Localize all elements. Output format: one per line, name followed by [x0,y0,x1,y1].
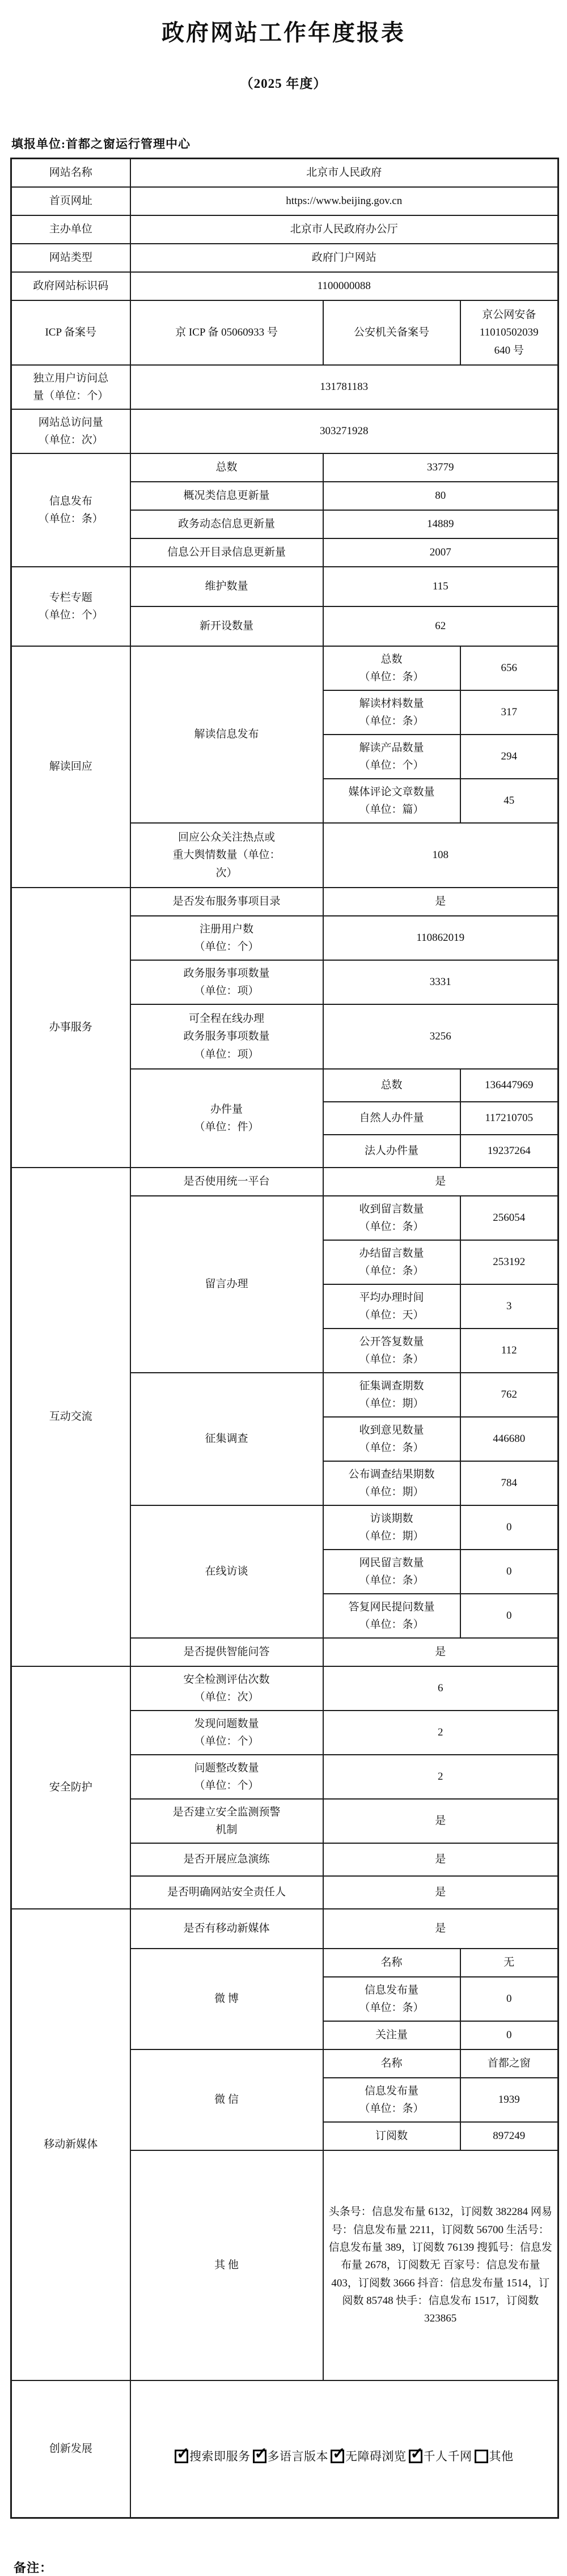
interviews-item-label: 答复网民提问数量 （单位：条） [323,1594,460,1638]
report-page: 政府网站工作年度报表 （2025 年度） 填报单位:首都之窗运行管理中心 网站名… [0,0,567,2576]
innovation-option-label: 多语言版本 [268,2447,329,2467]
table-row: 网站类型 政府门户网站 [11,244,558,272]
checkbox-multilingual-icon[interactable] [253,2450,266,2463]
security-item-label: 问题整改数量 （单位：个） [130,1755,323,1799]
interpretation-item-label: 总数 （单位：条） [323,646,460,690]
columns-topics-item-label: 维护数量 [130,567,323,606]
weibo-group-label: 微 博 [130,1949,323,2049]
hotspot-response-value: 108 [323,823,558,888]
columns-topics-section-label: 专栏专题 （单位：个） [11,567,130,646]
site-name-label: 网站名称 [11,159,130,188]
innovation-option: 搜索即服务 [175,2447,251,2467]
handled-item-label: 总数 [323,1069,460,1102]
messages-item-label: 收到留言数量 （单位：条） [323,1196,460,1240]
smart-qa-value: 是 [323,1638,558,1666]
table-row: 主办单位 北京市人民政府办公厅 [11,215,558,244]
other-media-label: 其 他 [130,2150,323,2380]
surveys-item-value: 762 [460,1373,558,1417]
security-item-label: 是否建立安全监测预警 机制 [130,1799,323,1843]
service-catalog-label: 是否发布服务事项目录 [130,888,323,916]
weibo-item-label: 信息发布量 （单位：条） [323,1977,460,2021]
messages-item-label: 公开答复数量 （单位：条） [323,1329,460,1373]
new-media-section-label: 移动新媒体 [11,1909,130,2380]
site-name-value: 北京市人民政府 [130,159,558,188]
table-row: ICP 备案号 京 ICP 备 05060933 号 公安机关备案号 京公网安备… [11,300,558,365]
security-item-label: 是否明确网站安全责任人 [130,1876,323,1909]
info-release-section-label: 信息发布 （单位：条） [11,453,130,567]
organizer-label: 主办单位 [11,215,130,244]
handled-item-label: 法人办件量 [323,1135,460,1168]
interpretation-item-value: 294 [460,735,558,779]
interpretation-item-label: 解读材料数量 （单位：条） [323,690,460,735]
page-subtitle: （2025 年度） [0,73,567,92]
checkbox-personalized-icon[interactable] [409,2450,422,2463]
innovation-option: 千人千网 [407,2447,472,2467]
table-row: 移动新媒体 是否有移动新媒体 是 [11,1909,558,1949]
table-row: 办事服务 是否发布服务事项目录 是 [11,888,558,916]
info-release-item-label: 总数 [130,453,323,482]
hotspot-response-label: 回应公众关注热点或 重大舆情数量（单位： 次） [130,823,323,888]
info-release-item-label: 政务动态信息更新量 [130,510,323,538]
interpretation-item-value: 317 [460,690,558,735]
has-new-media-label: 是否有移动新媒体 [130,1909,323,1949]
online-service-items-value: 3256 [323,1004,558,1069]
handled-item-value: 19237264 [460,1135,558,1168]
other-media-value: 头条号：信息发布量 6132，订阅数 382284 网易号：信息发布量 2211… [323,2150,558,2380]
checkbox-accessibility-icon[interactable] [331,2450,344,2463]
interviews-item-label: 访谈期数 （单位：期） [323,1505,460,1550]
messages-group-label: 留言办理 [130,1196,323,1373]
security-item-label: 发现问题数量 （单位：个） [130,1711,323,1755]
smart-qa-label: 是否提供智能问答 [130,1638,323,1666]
handled-item-label: 自然人办件量 [323,1102,460,1135]
security-item-value: 是 [323,1799,558,1843]
has-new-media-value: 是 [323,1909,558,1949]
checkbox-search-as-service-icon[interactable] [175,2450,188,2463]
messages-item-value: 256054 [460,1196,558,1240]
interviews-item-label: 网民留言数量 （单位：条） [323,1550,460,1594]
interpretation-item-value: 656 [460,646,558,690]
info-release-item-label: 信息公开目录信息更新量 [130,538,323,567]
innovation-option-label: 无障碍浏览 [345,2447,407,2467]
innovation-option: 无障碍浏览 [328,2447,407,2467]
interpretation-section-label: 解读回应 [11,646,130,888]
service-items-count-label: 政务服务事项数量 （单位：项） [130,960,323,1004]
wechat-item-label: 信息发布量 （单位：条） [323,2078,460,2122]
weibo-item-label: 关注量 [323,2021,460,2049]
info-release-item-label: 概况类信息更新量 [130,482,323,510]
columns-topics-item-label: 新开设数量 [130,606,323,646]
info-release-item-value: 80 [323,482,558,510]
security-section-label: 安全防护 [11,1666,130,1909]
innovation-option-label: 搜索即服务 [189,2447,251,2467]
messages-item-value: 253192 [460,1240,558,1284]
columns-topics-item-value: 62 [323,606,558,646]
innovation-option: 其他 [472,2447,514,2467]
police-record-label: 公安机关备案号 [323,300,460,365]
table-row: 解读回应 解读信息发布 总数 （单位：条） 656 [11,646,558,690]
table-row: 网站名称 北京市人民政府 [11,159,558,188]
page-title: 政府网站工作年度报表 [0,0,567,47]
wechat-item-value: 897249 [460,2122,558,2150]
checkbox-other-icon[interactable] [475,2450,488,2463]
wechat-item-label: 订阅数 [323,2122,460,2150]
registered-users-value: 110862019 [323,916,558,960]
security-item-value: 是 [323,1876,558,1909]
service-items-count-value: 3331 [323,960,558,1004]
unique-visitors-value: 131781183 [130,365,558,409]
surveys-item-value: 784 [460,1461,558,1505]
security-item-value: 2 [323,1755,558,1799]
annual-report-table: 网站名称 北京市人民政府 首页网址 https://www.beijing.go… [10,158,559,2519]
surveys-item-label: 公布调查结果期数 （单位：期） [323,1461,460,1505]
security-item-value: 是 [323,1843,558,1876]
home-url-label: 首页网址 [11,187,130,215]
interpretation-item-label: 解读产品数量 （单位：个） [323,735,460,779]
table-row: 网站总访问量 （单位：次） 303271928 [11,409,558,453]
site-code-value: 1100000088 [130,272,558,300]
notes-label: 备注： [14,2558,567,2576]
security-item-value: 2 [323,1711,558,1755]
unified-platform-value: 是 [323,1168,558,1196]
registered-users-label: 注册用户数 （单位：个） [130,916,323,960]
site-code-label: 政府网站标识码 [11,272,130,300]
unique-visitors-label: 独立用户访问总 量（单位：个） [11,365,130,409]
table-row: 互动交流 是否使用统一平台 是 [11,1168,558,1196]
table-row: 政府网站标识码 1100000088 [11,272,558,300]
interviews-item-value: 0 [460,1550,558,1594]
surveys-group-label: 征集调查 [130,1373,323,1505]
home-url-value: https://www.beijing.gov.cn [130,187,558,215]
info-release-item-value: 14889 [323,510,558,538]
surveys-item-value: 446680 [460,1417,558,1461]
site-type-value: 政府门户网站 [130,244,558,272]
interpretation-release-label: 解读信息发布 [130,646,323,823]
wechat-item-value: 1939 [460,2078,558,2122]
weibo-item-value: 0 [460,2021,558,2049]
columns-topics-item-value: 115 [323,567,558,606]
messages-item-value: 112 [460,1329,558,1373]
info-release-item-value: 33779 [323,453,558,482]
site-type-label: 网站类型 [11,244,130,272]
weibo-item-label: 名称 [323,1949,460,1977]
service-catalog-value: 是 [323,888,558,916]
security-item-label: 安全检测评估次数 （单位：次） [130,1666,323,1711]
innovation-section-label: 创新发展 [11,2380,130,2518]
surveys-item-label: 征集调查期数 （单位：期） [323,1373,460,1417]
icp-label: ICP 备案号 [11,300,130,365]
info-release-item-value: 2007 [323,538,558,567]
total-visits-value: 303271928 [130,409,558,453]
messages-item-label: 平均办理时间 （单位：天） [323,1284,460,1329]
table-row: 独立用户访问总 量（单位：个） 131781183 [11,365,558,409]
interviews-group-label: 在线访谈 [130,1505,323,1638]
weibo-item-value: 0 [460,1977,558,2021]
table-row: 首页网址 https://www.beijing.gov.cn [11,187,558,215]
table-row: 信息发布 （单位：条） 总数 33779 [11,453,558,482]
security-item-value: 6 [323,1666,558,1711]
handled-item-value: 117210705 [460,1102,558,1135]
icp-value: 京 ICP 备 05060933 号 [130,300,323,365]
interpretation-item-label: 媒体评论文章数量 （单位：篇） [323,779,460,823]
table-row: 创新发展 搜索即服务多语言版本无障碍浏览千人千网其他 [11,2380,558,2518]
handled-item-value: 136447969 [460,1069,558,1102]
weibo-item-value: 无 [460,1949,558,1977]
innovation-option-label: 其他 [489,2447,514,2467]
unified-platform-label: 是否使用统一平台 [130,1168,323,1196]
services-section-label: 办事服务 [11,888,130,1168]
interpretation-item-value: 45 [460,779,558,823]
table-row: 安全防护 安全检测评估次数 （单位：次） 6 [11,1666,558,1711]
innovation-options-cell: 搜索即服务多语言版本无障碍浏览千人千网其他 [130,2380,558,2518]
surveys-item-label: 收到意见数量 （单位：条） [323,1417,460,1461]
wechat-group-label: 微 信 [130,2049,323,2150]
wechat-item-label: 名称 [323,2049,460,2078]
messages-item-value: 3 [460,1284,558,1329]
messages-item-label: 办结留言数量 （单位：条） [323,1240,460,1284]
interaction-section-label: 互动交流 [11,1168,130,1666]
interviews-item-value: 0 [460,1505,558,1550]
total-visits-label: 网站总访问量 （单位：次） [11,409,130,453]
handled-cases-label: 办件量 （单位：件） [130,1069,323,1168]
security-item-label: 是否开展应急演练 [130,1843,323,1876]
table-row: 专栏专题 （单位：个） 维护数量 115 [11,567,558,606]
police-record-value: 京公网安备 11010502039 640 号 [460,300,558,365]
innovation-option: 多语言版本 [251,2447,329,2467]
innovation-option-label: 千人千网 [424,2447,472,2467]
online-service-items-label: 可全程在线办理 政务服务事项数量 （单位：项） [130,1004,323,1069]
organizer-value: 北京市人民政府办公厅 [130,215,558,244]
wechat-item-value: 首都之窗 [460,2049,558,2078]
reporting-unit: 填报单位:首都之窗运行管理中心 [11,135,567,152]
interviews-item-value: 0 [460,1594,558,1638]
